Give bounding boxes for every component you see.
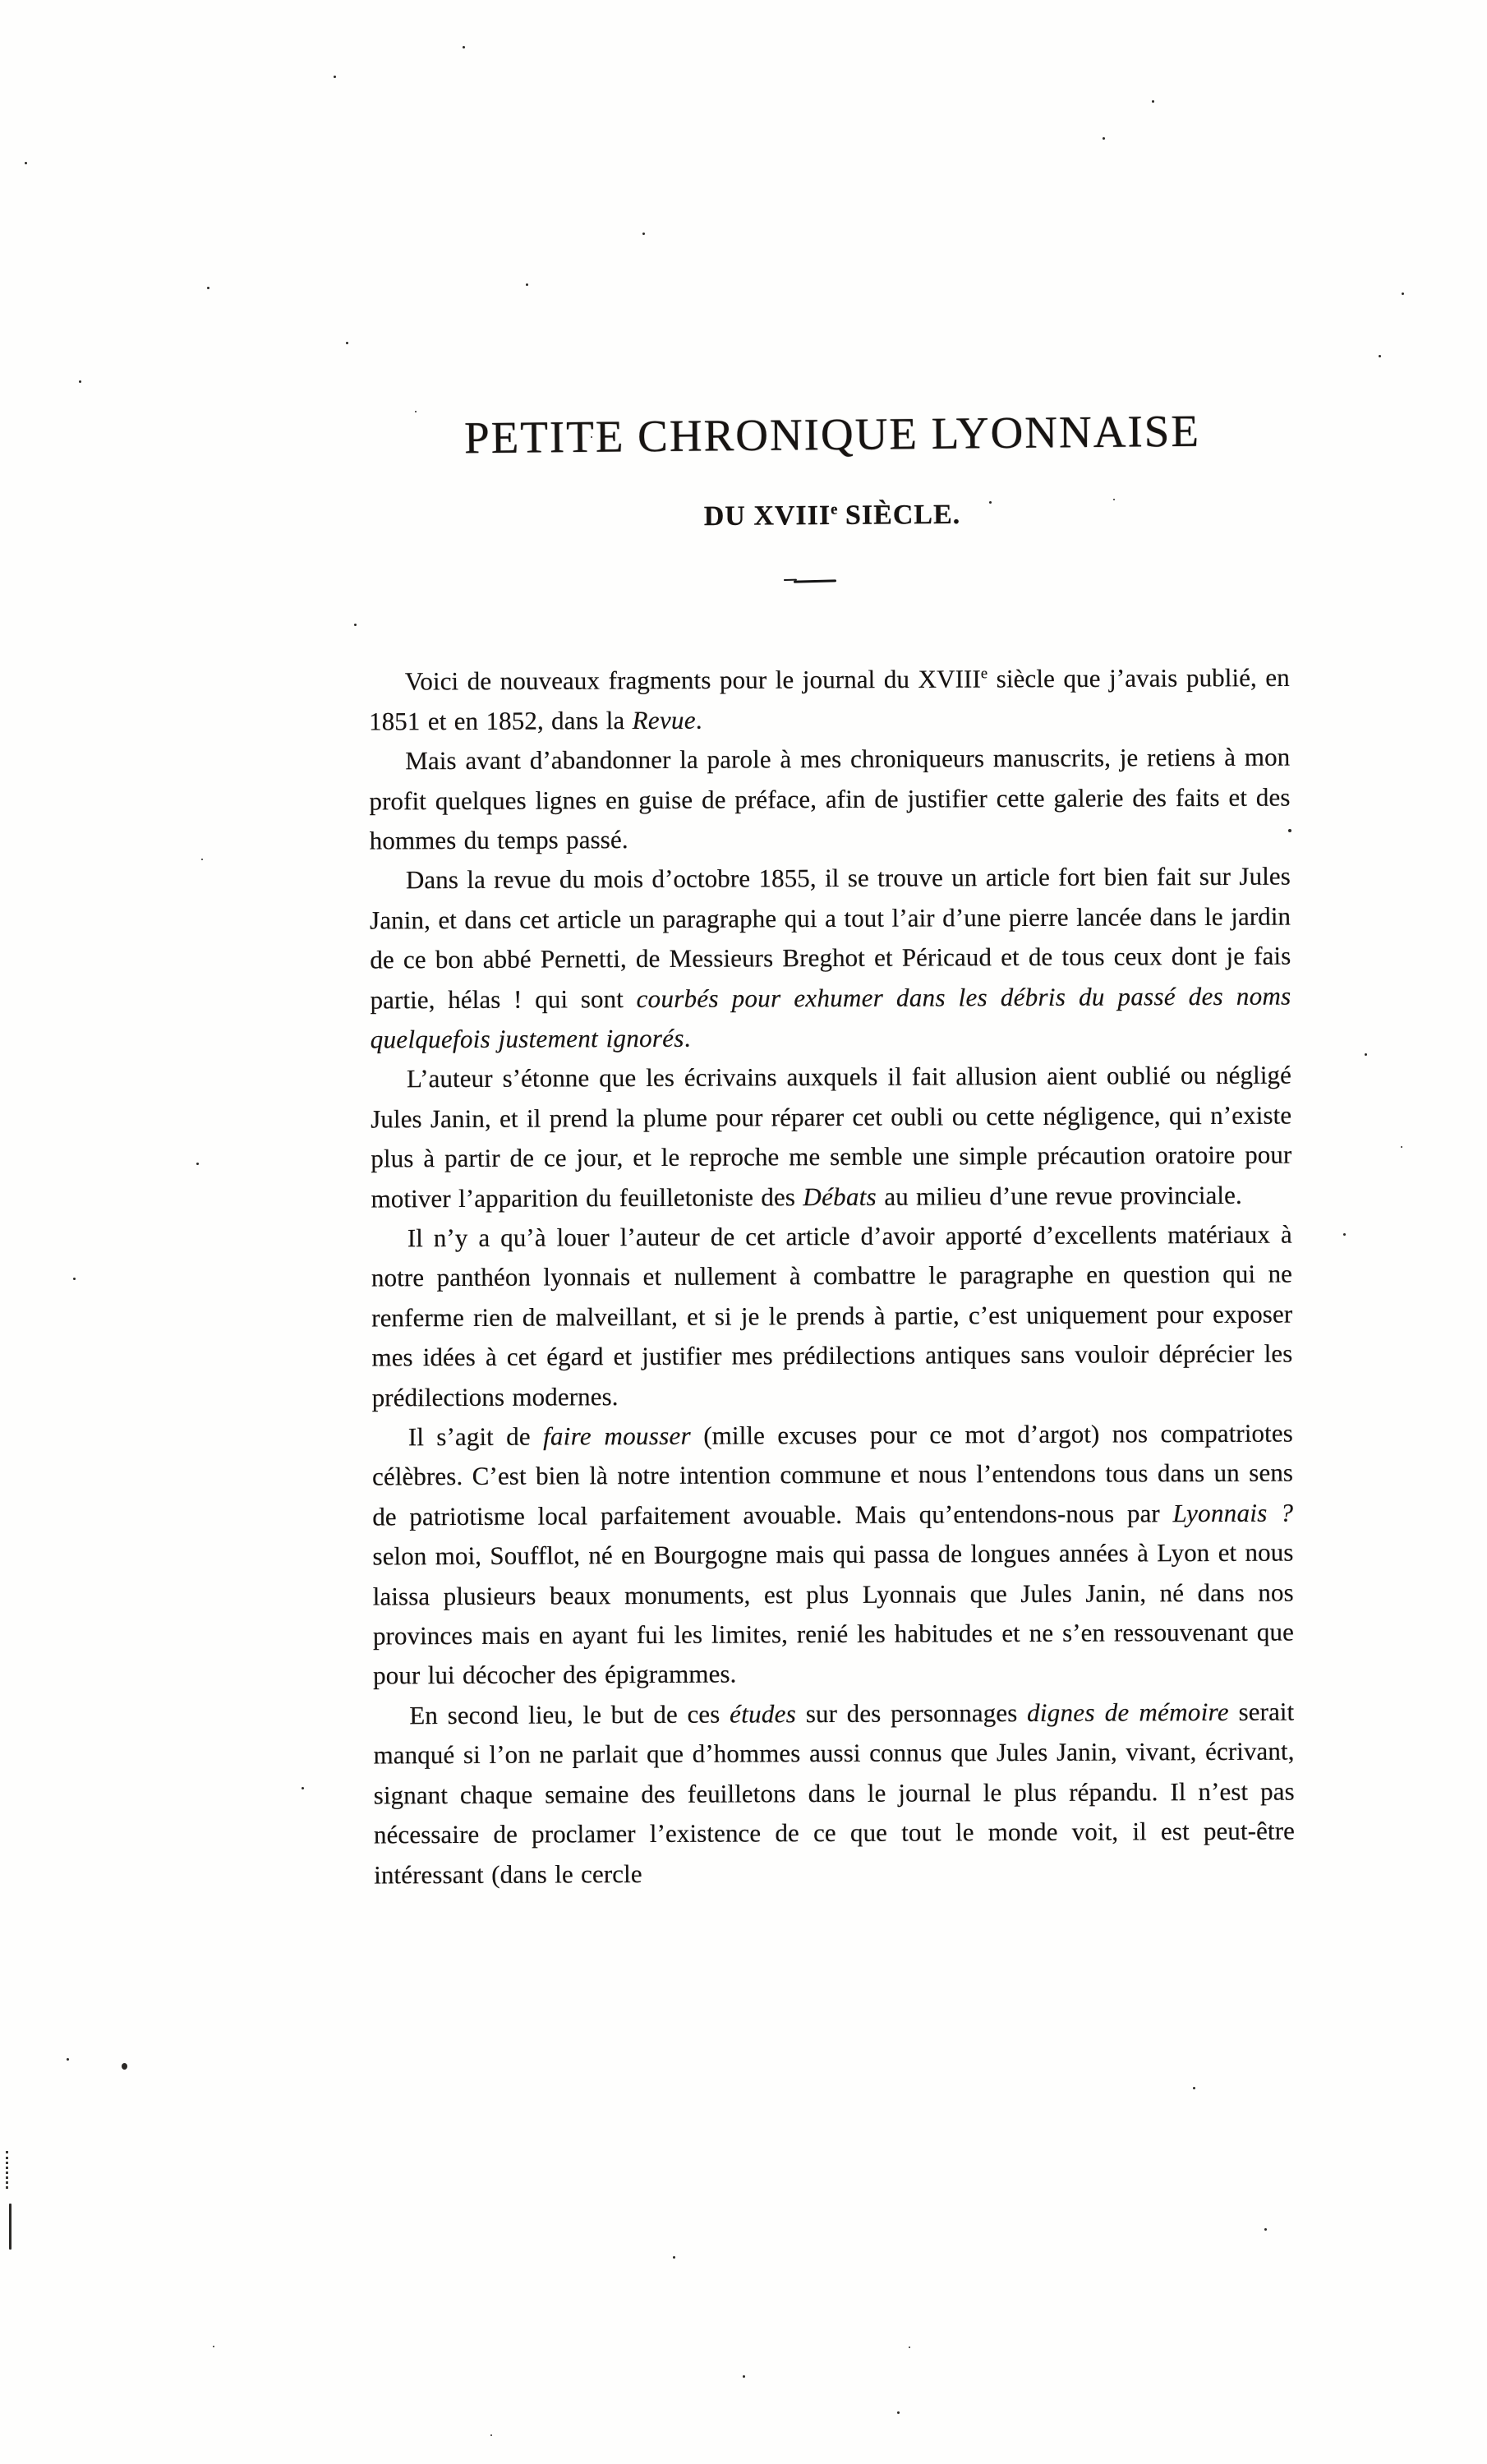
scan-speck xyxy=(213,2346,214,2347)
scan-speck xyxy=(1379,355,1381,357)
scan-speck xyxy=(346,342,348,344)
page-title: PETITE CHRONIQUE LYONNAISE xyxy=(371,403,1294,464)
scan-speck xyxy=(79,380,81,383)
scan-speck xyxy=(463,46,465,48)
scan-speck xyxy=(490,2434,492,2436)
scan-speck xyxy=(207,287,209,289)
scan-speck xyxy=(1103,137,1105,140)
paragraph: Dans la revue du mois d’octobre 1855, il… xyxy=(370,857,1291,1060)
scan-speck xyxy=(354,624,357,626)
scan-speck xyxy=(743,2375,745,2378)
paragraph: En second lieu, le but de ces études sur… xyxy=(373,1692,1295,1895)
scan-speck xyxy=(1343,1233,1346,1236)
scan-speck xyxy=(526,283,528,286)
body-text: Voici de nouveaux fragments pour le jour… xyxy=(369,653,1296,1895)
scan-speck xyxy=(1402,292,1404,295)
paragraph: Il n’y a qu’à louer l’auteur de cet arti… xyxy=(371,1215,1293,1418)
scan-speck xyxy=(67,2058,69,2061)
page-subtitle: DU XVIIIe SIÈCLE. xyxy=(371,497,1293,535)
section-divider xyxy=(794,579,836,583)
paragraph: Voici de nouveaux fragments pour le jour… xyxy=(369,653,1290,742)
scan-speck xyxy=(642,233,645,235)
scan-speck xyxy=(591,436,592,438)
scan-speck xyxy=(673,2256,675,2259)
scan-speck xyxy=(897,2411,900,2414)
scan-speck xyxy=(334,76,336,78)
scan-speck xyxy=(909,2347,910,2348)
scan-speck xyxy=(25,162,27,164)
paragraph: L’auteur s’étonne que les écrivains auxq… xyxy=(371,1056,1292,1219)
scan-speck xyxy=(201,859,203,860)
scan-speck xyxy=(302,1787,304,1789)
scan-speck xyxy=(989,501,992,504)
scan-speck xyxy=(1152,100,1154,103)
scan-speck xyxy=(1365,1053,1367,1056)
scan-speck xyxy=(122,2063,127,2070)
scan-speck xyxy=(196,1163,199,1165)
scan-speck xyxy=(1288,829,1291,832)
scanned-book-page: PETITE CHRONIQUE LYONNAISE DU XVIIIe SIÈ… xyxy=(0,0,1487,2464)
scan-speck xyxy=(1401,1146,1402,1148)
scan-speck xyxy=(415,411,417,412)
paragraph: Mais avant d’abandonner la parole à mes … xyxy=(369,738,1291,861)
scan-speck xyxy=(1113,499,1115,500)
scan-speck xyxy=(73,1278,76,1280)
scan-edge-mark xyxy=(6,2151,8,2189)
scan-speck xyxy=(1193,2087,1195,2089)
scan-edge-mark xyxy=(9,2204,12,2250)
paragraph: Il s’agit de faire mousser (mille excuse… xyxy=(372,1414,1294,1697)
scan-speck xyxy=(1264,2228,1267,2231)
